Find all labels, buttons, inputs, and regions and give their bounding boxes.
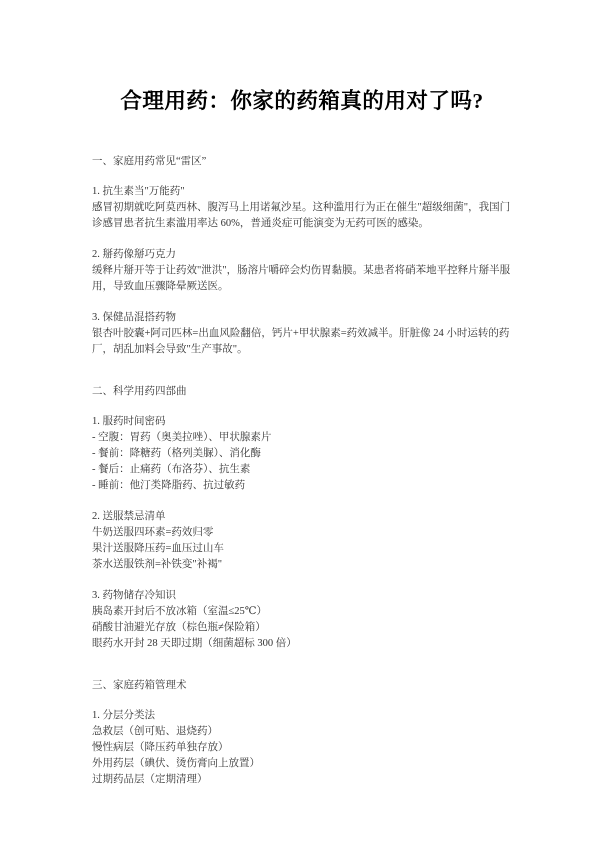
list-item: 过期药品层（定期清理） (92, 772, 512, 788)
list-item: 果汁送服降压药=血压过山车 (92, 541, 512, 557)
paragraph: 缓释片掰开等于让药效"泄洪"，肠溶片嚼碎会灼伤胃黏膜。某患者将硝苯地平控释片掰半… (92, 263, 512, 295)
list-item: - 空腹：胃药（奥美拉唑）、甲状腺素片 (92, 430, 512, 446)
block-splitting-pills: 2. 掰药像掰巧克力 缓释片掰开等于让药效"泄洪"，肠溶片嚼碎会灼伤胃黏膜。某患… (92, 247, 512, 295)
list-item: - 睡前：他汀类降脂药、抗过敏药 (92, 478, 512, 494)
section-scientific-use: 二、科学用药四部曲 1. 服药时间密码 - 空腹：胃药（奥美拉唑）、甲状腺素片 … (92, 384, 512, 652)
list-item: - 餐后：止痛药（布洛芬）、抗生素 (92, 462, 512, 478)
document-page: 合理用药：你家的药箱真的用对了吗? 一、家庭用药常见“雷区” 1. 抗生素当"万… (0, 0, 595, 841)
paragraph: 感冒初期就吃阿莫西林、腹泻马上用诺氟沙星。这种滥用行为正在催生"超级细菌"，我国… (92, 200, 512, 232)
paragraph: 银杏叶胶囊+阿司匹林=出血风险翻倍，钙片+甲状腺素=药效减半。肝脏像 24 小时… (92, 326, 512, 358)
section-common-pitfalls: 一、家庭用药常见“雷区” 1. 抗生素当"万能药" 感冒初期就吃阿莫西林、腹泻马… (92, 154, 512, 358)
block-supplement-mixing: 3. 保健品混搭药物 银杏叶胶囊+阿司匹林=出血风险翻倍，钙片+甲状腺素=药效减… (92, 310, 512, 358)
block-title: 3. 药物储存冷知识 (92, 588, 512, 604)
block-title: 3. 保健品混搭药物 (92, 310, 512, 326)
list-item: 外用药层（碘伏、烫伤膏向上放置） (92, 756, 512, 772)
list-item: 牛奶送服四环素=药效归零 (92, 525, 512, 541)
block-title: 1. 抗生素当"万能药" (92, 184, 512, 200)
block-title: 2. 掰药像掰巧克力 (92, 247, 512, 263)
doc-title: 合理用药：你家的药箱真的用对了吗? (92, 86, 512, 116)
section-heading: 一、家庭用药常见“雷区” (92, 154, 512, 170)
section-heading: 二、科学用药四部曲 (92, 384, 512, 400)
list-item: 眼药水开封 28 天即过期（细菌超标 300 倍） (92, 636, 512, 652)
block-storage-facts: 3. 药物储存冷知识 胰岛素开封后不放冰箱（室温≤25℃） 硝酸甘油避光存放（棕… (92, 588, 512, 652)
block-title: 2. 送服禁忌清单 (92, 509, 512, 525)
block-antibiotics: 1. 抗生素当"万能药" 感冒初期就吃阿莫西林、腹泻马上用诺氟沙星。这种滥用行为… (92, 184, 512, 232)
list-item: 硝酸甘油避光存放（棕色瓶≠保险箱） (92, 620, 512, 636)
block-layered-classification: 1. 分层分类法 急救层（创可贴、退烧药） 慢性病层（降压药单独存放） 外用药层… (92, 708, 512, 788)
block-title: 1. 分层分类法 (92, 708, 512, 724)
list-item: 茶水送服铁剂=补铁变"补褐" (92, 557, 512, 573)
block-taboo-list: 2. 送服禁忌清单 牛奶送服四环素=药效归零 果汁送服降压药=血压过山车 茶水送… (92, 509, 512, 573)
list-item: 慢性病层（降压药单独存放） (92, 740, 512, 756)
list-item: - 餐前：降糖药（格列美脲）、消化酶 (92, 446, 512, 462)
list-item: 胰岛素开封后不放冰箱（室温≤25℃） (92, 604, 512, 620)
section-medicine-cabinet: 三、家庭药箱管理术 1. 分层分类法 急救层（创可贴、退烧药） 慢性病层（降压药… (92, 678, 512, 788)
block-title: 1. 服药时间密码 (92, 414, 512, 430)
section-heading: 三、家庭药箱管理术 (92, 678, 512, 694)
block-timing-code: 1. 服药时间密码 - 空腹：胃药（奥美拉唑）、甲状腺素片 - 餐前：降糖药（格… (92, 414, 512, 494)
list-item: 急救层（创可贴、退烧药） (92, 724, 512, 740)
